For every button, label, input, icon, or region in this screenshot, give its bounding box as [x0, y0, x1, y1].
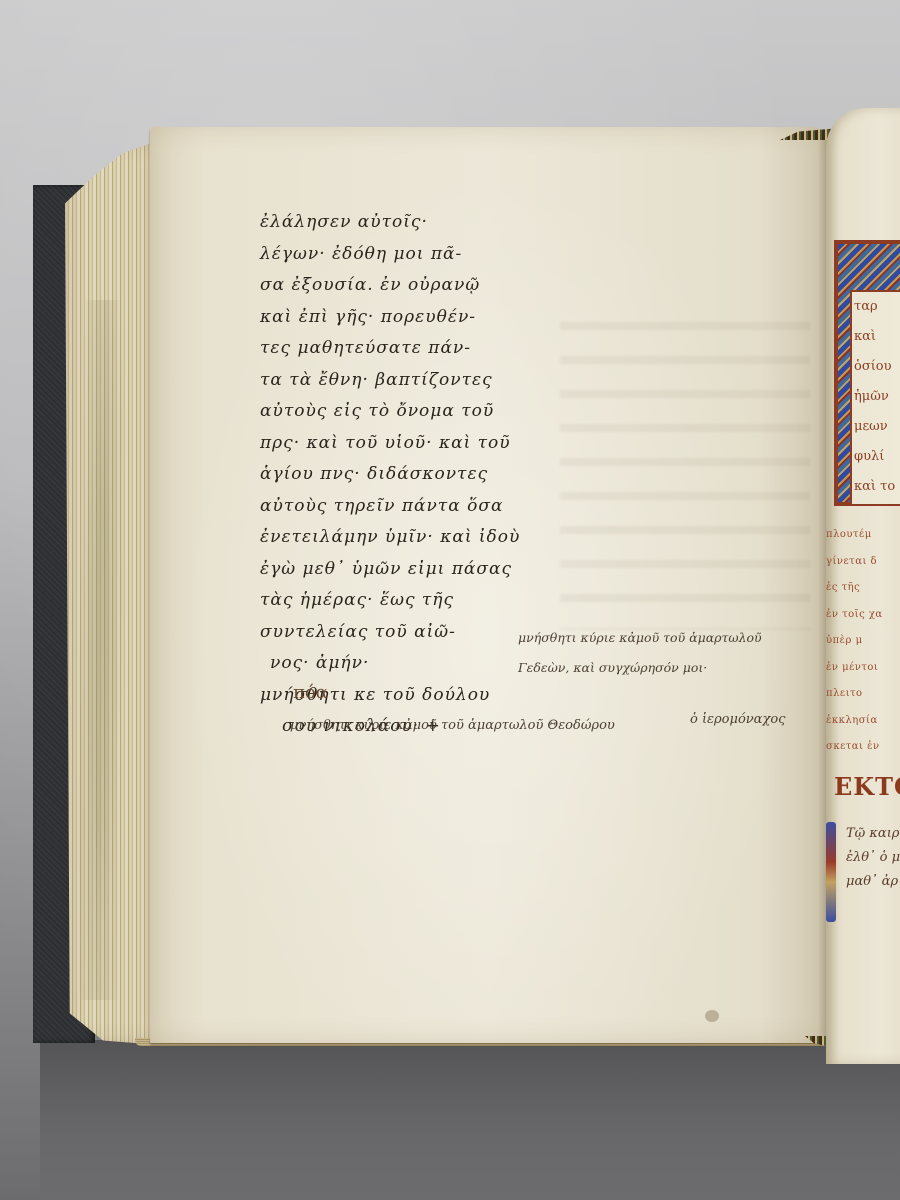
text-line: ἐν μέντοι	[826, 655, 883, 682]
text-line: συντελείας τοῦ αἰῶ-	[260, 617, 550, 649]
text-line: ἁγίου πνς· διδάσκοντες	[260, 459, 550, 491]
illuminated-initial	[826, 822, 836, 922]
main-text-block: ἐλάλησεν αὐτοῖς· λέγων· ἐδόθη μοι πᾶ- σα…	[260, 207, 550, 743]
text-line: πλειτο	[826, 681, 883, 708]
marginal-note: μνήσθητι κύριε κἀμοῦ τοῦ ἁμαρτωλοῦ	[518, 630, 762, 645]
text-line: σκεται ἐν	[826, 734, 883, 761]
text-line: γίνεται δ	[826, 549, 883, 576]
bleed-through-text	[560, 300, 810, 630]
text-line: μεων	[854, 412, 895, 442]
text-line: ὁσίου	[854, 352, 895, 382]
text-line: ἐλάλησεν αὐτοῖς·	[260, 207, 550, 239]
text-line: ἐκκλησία	[826, 708, 883, 735]
text-line: σα ἐξουσία. ἐν οὐρανῷ	[260, 270, 550, 302]
rubric-number: πόα	[293, 682, 328, 703]
section-title: ΕΚΤΟΥΚ	[834, 772, 900, 801]
text-line: τα τὰ ἔθνη· βαπτίζοντες	[260, 365, 550, 397]
stain-spot	[705, 1010, 719, 1022]
text-line: Τῷ καιρῷ	[846, 822, 900, 846]
right-page-initial-text: Τῷ καιρῷ ἐλθ᾽ ὁ μ μαθ᾽ ἀρ	[846, 822, 900, 894]
marginal-note-bottom: μνήσθητι κύριε κἀμοῦ τοῦ ἁμαρτωλοῦ Θεοδώ…	[290, 718, 615, 733]
text-line: τες μαθητεύσατε πάν-	[260, 333, 550, 365]
book-shadow	[40, 1040, 900, 1200]
text-line: φυλί	[854, 442, 895, 472]
text-line: τὰς ἡμέρας· ἕως τῆς	[260, 585, 550, 617]
text-line: λέγων· ἐδόθη μοι πᾶ-	[260, 239, 550, 271]
text-line: ἐγὼ μεθ᾽ ὑμῶν εἰμι πάσας	[260, 554, 550, 586]
text-line: ἡμῶν	[854, 382, 895, 412]
text-line: ἐν τοῖς χα	[826, 602, 883, 629]
marginal-signature: ὁ ἱερομόναχος	[690, 712, 785, 727]
text-line: αὐτοὺς εἰς τὸ ὄνομα τοῦ	[260, 396, 550, 428]
text-line: πλουτέμ	[826, 522, 883, 549]
text-line: ἐνετειλάμην ὑμῖν· καὶ ἰδοὺ	[260, 522, 550, 554]
text-line: ταρ	[854, 292, 895, 322]
marginal-note: Γεδεὼν, καὶ συγχώρησόν μοι·	[518, 660, 707, 675]
text-line: ὑπὲρ μ	[826, 628, 883, 655]
text-line: μαθ᾽ ἀρ	[846, 870, 900, 894]
right-page-upper-text: ταρ καὶ ὁσίου ἡμῶν μεων φυλί καὶ το	[854, 292, 895, 502]
text-line: ἐλθ᾽ ὁ μ	[846, 846, 900, 870]
text-line: καὶ ἐπὶ γῆς· πορευθέν-	[260, 302, 550, 334]
text-line: πρς· καὶ τοῦ υἱοῦ· καὶ τοῦ	[260, 428, 550, 460]
text-line: ἐς τῆς	[826, 575, 883, 602]
page-edge-stain	[78, 300, 128, 1000]
text-line: αὐτοὺς τηρεῖν πάντα ὅσα	[260, 491, 550, 523]
right-page-lower-text: πλουτέμ γίνεται δ ἐς τῆς ἐν τοῖς χα ὑπὲρ…	[826, 522, 883, 761]
text-line: καὶ το	[854, 472, 895, 502]
text-line: νος· ἀμήν·	[260, 648, 550, 680]
text-line: καὶ	[854, 322, 895, 352]
